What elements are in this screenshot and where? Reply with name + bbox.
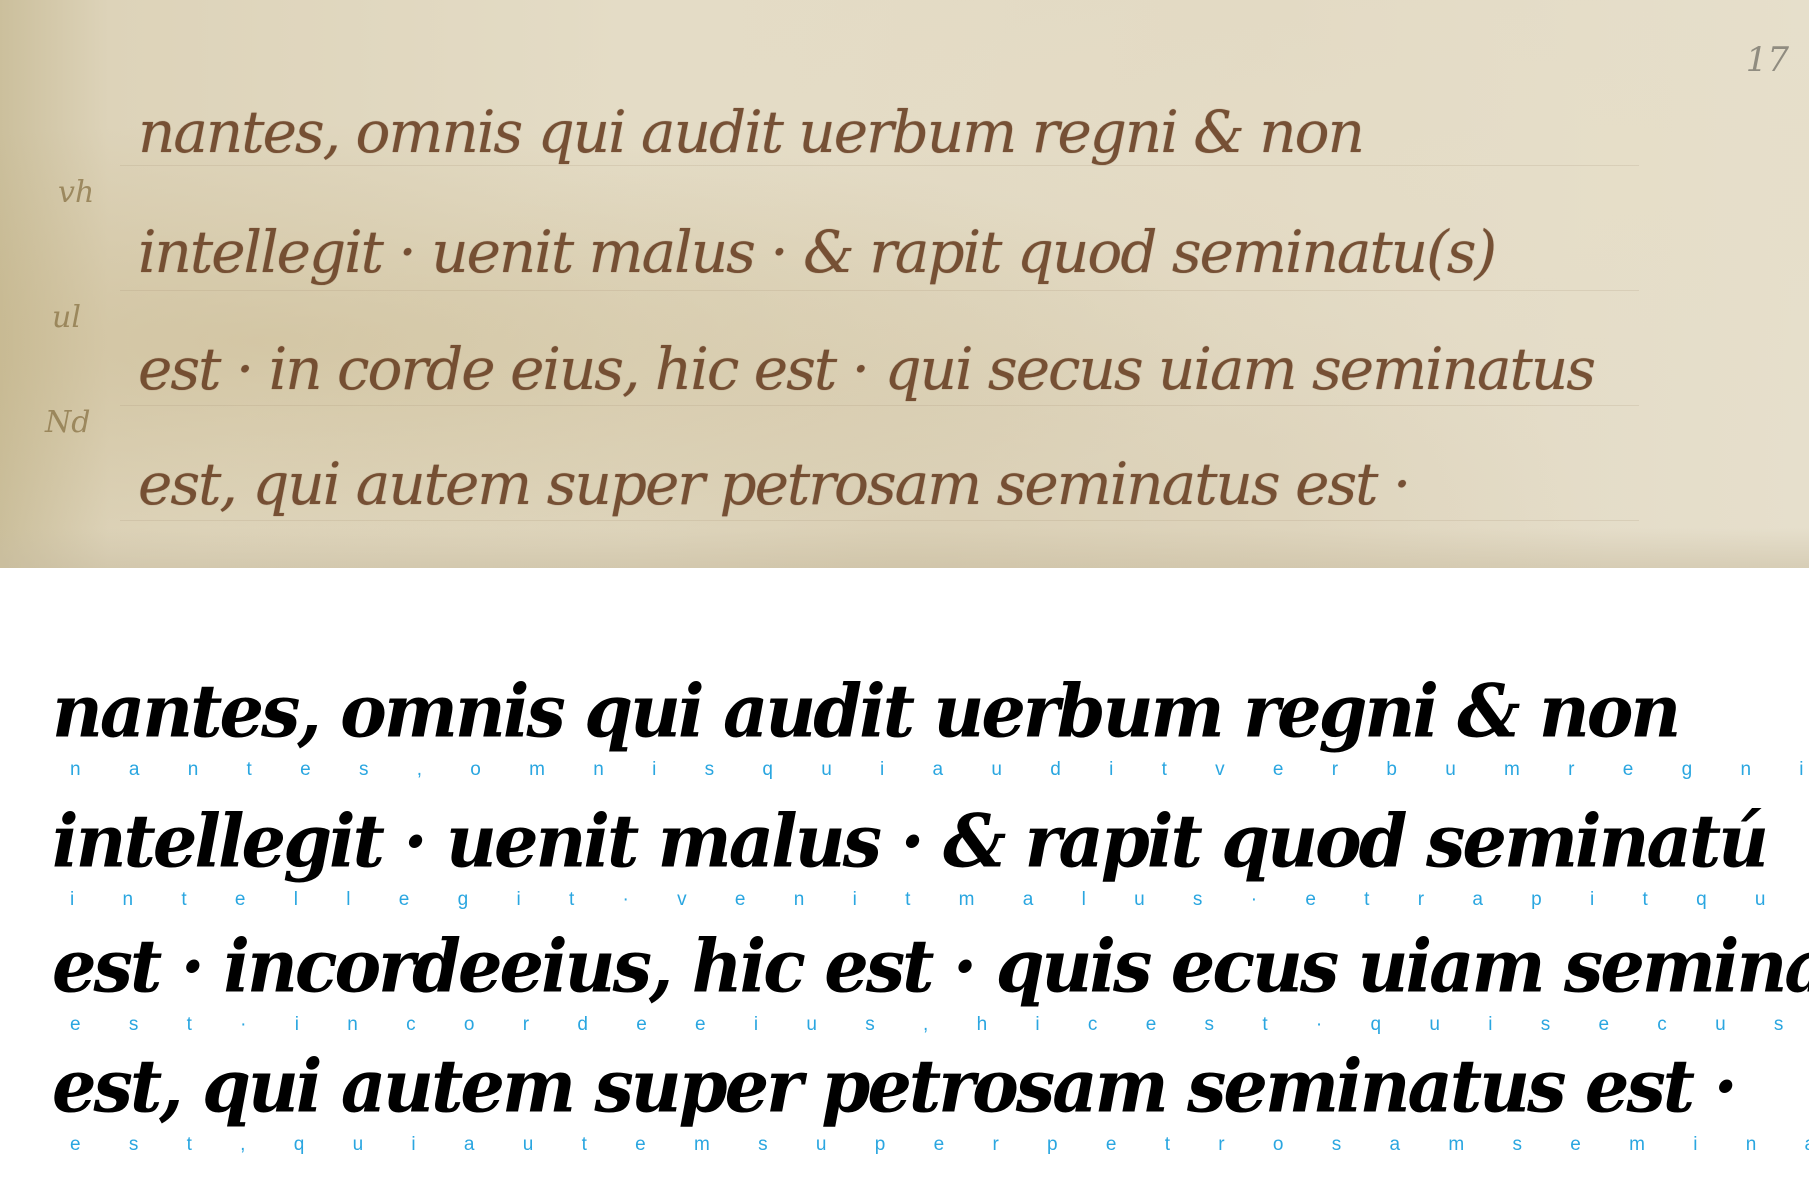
manuscript-line-2: intellegit · uenit malus · & rapit quod … xyxy=(138,218,1495,286)
ruling-line xyxy=(120,520,1639,521)
script-line-4: est, qui autem super petrosam seminatus … xyxy=(52,1050,1735,1124)
margin-note: ul xyxy=(52,300,81,335)
ruling-line xyxy=(120,405,1639,406)
gloss-line-4: e s t , q u i a u t e m s u p e r p e t … xyxy=(70,1135,1809,1155)
ruling-line xyxy=(120,290,1639,291)
manuscript-line-1: nantes, omnis qui audit uerbum regni & n… xyxy=(138,98,1363,166)
transcription-panel: nantes, omnis qui audit uerbum regni & n… xyxy=(0,568,1809,1186)
manuscript-photo: vh ul Nd 17 nantes, omnis qui audit uerb… xyxy=(0,0,1809,568)
script-line-1: nantes, omnis qui audit uerbum regni & n… xyxy=(52,675,1678,749)
manuscript-line-4: est, qui autem super petrosam seminatus … xyxy=(138,450,1409,518)
gloss-line-1: n a n t e s , o m n i s q u i a u d i t … xyxy=(70,760,1809,780)
manuscript-line-3: est · in corde eius, hic est · qui secus… xyxy=(138,335,1594,403)
folio-number: 17 xyxy=(1746,40,1789,80)
margin-note: Nd xyxy=(45,405,90,440)
script-line-3: est · incordeeius, hic est · quis ecus u… xyxy=(52,930,1809,1004)
photo-edge xyxy=(0,528,1809,568)
gloss-line-3: e s t · i n c o r d e e i u s , h i c e … xyxy=(70,1015,1809,1035)
margin-note: vh xyxy=(58,175,94,210)
script-line-2: intellegit · uenit malus · & rapit quod … xyxy=(52,805,1766,879)
gloss-line-2: i n t e l l e g i t · v e n i t m a l u … xyxy=(70,890,1809,910)
